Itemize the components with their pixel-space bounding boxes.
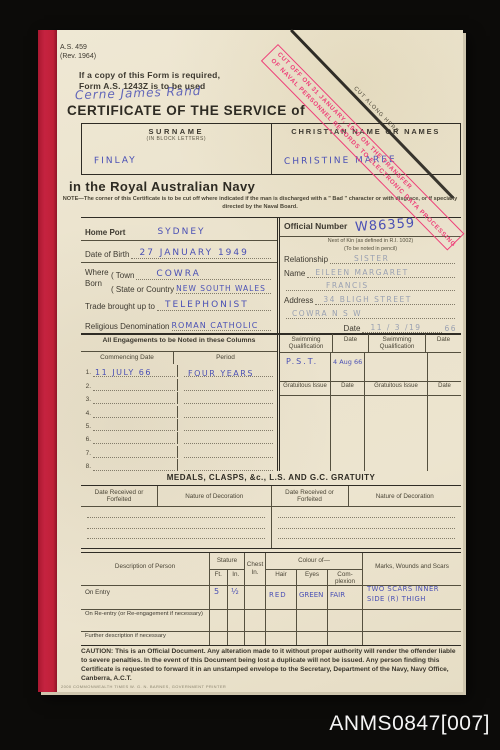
surname-label: SURNAME [82,124,271,136]
religion-value: ROMAN CATHOLIC [172,321,259,330]
dob-label: Date of Birth [85,250,129,259]
swim-date-column: Date [332,334,368,352]
form-number: A.S. 459 (Rev. 1964) [60,44,96,62]
chest-column: Chest In. [245,553,265,577]
nature-of-decoration-column: Nature of Decoration [157,486,271,506]
medals-heading: MEDALS, CLASPS, &c., L.S. AND G.C. GRATU… [81,473,461,482]
complexion-value: FAIR [330,591,345,599]
swim-qual-value: P.S.T. [286,357,318,366]
official-number-label: Official Number [284,221,347,231]
home-port-value: SYDNEY [157,227,205,237]
feet-column: Ft. [210,569,227,645]
inches-column: In. [227,569,245,645]
gratuitous-issue-column: Gratuitous Issue [280,383,330,389]
description-of-person-table: Description of Person On Entry On Re-ent… [81,552,461,646]
further-description-label: Further description if necessary [85,633,166,639]
engagements-table: All Engagements to be Noted in these Col… [81,333,461,471]
on-reentry-label: On Re-entry (or Re-engagement if necessa… [85,611,205,619]
commencing-date-column: Commencing Date [81,352,173,364]
stature-feet-value: 5 [214,587,220,596]
printer-imprint: 2000 COMMONWEALTH TIMES W. G. N. BARNES,… [61,684,226,689]
nok-name-value2: FRANCIS [326,281,369,290]
state-label: ( State or Country [111,285,174,294]
eyes-column: Eyes [296,569,327,645]
swim-date-value: 4 Aug 66 [333,358,362,366]
engagement-row: 7. [81,444,277,457]
relationship-label: Relationship [284,255,328,264]
catalog-number: ANMS0847[007] [329,712,490,736]
next-of-kin-heading: Next of Kin (as defined in R.I. 1002) [280,238,461,246]
home-port-label: Home Port [85,228,125,237]
relationship-value: SISTER [354,254,389,263]
dob-value: 27 JANUARY 1949 [139,248,248,258]
nature-of-decoration-column-2: Nature of Decoration [348,486,462,506]
marks-value-line2: SIDE (R) THIGH [367,595,426,603]
hair-column: Hair [266,569,296,645]
nok-name-label: Name [284,269,305,278]
surname-value: FINLAY [94,156,137,167]
nok-date-suffix: 66 [444,324,457,333]
engagement-row: 1. 11 JULY 66 FOUR YEARS [81,364,277,377]
engagement-row: 6. [81,431,277,444]
nok-date-label: Date [344,324,361,333]
medals-table: Date Received or Forfeited Nature of Dec… [81,485,461,549]
date-received-column: Date Received or Forfeited [81,486,157,506]
religion-label: Religious Denomination [85,322,170,331]
certificate-title: CERTIFICATE OF THE SERVICE of [67,103,305,118]
binding-red-stripe [38,30,57,692]
engagement-row: 4. [81,404,277,417]
caution-text: CAUTION: This is an Official Document. A… [81,648,461,684]
official-number-value: W86359 [355,216,416,235]
nok-name-value: EILEEN MARGARET [315,268,408,277]
trade-label: Trade brought up to [85,302,155,311]
eyes-value: GREEN [299,591,323,599]
engagement-commencing: 11 JULY 66 [95,368,152,377]
navy-subtitle: in the Royal Australian Navy [69,179,255,194]
engagements-heading: All Engagements to be Noted in these Col… [81,334,277,352]
period-column: Period [173,352,277,364]
state-value: NEW SOUTH WALES [176,284,266,293]
personal-details-box: Home Port SYDNEY Date of Birth 27 JANUAR… [81,217,461,335]
marks-column: Marks, Wounds and Scars [363,553,461,570]
stature-column: Stature [210,553,244,564]
scanned-document-page: A.S. 459 (Rev. 1964) If a copy of this F… [0,0,500,750]
complexion-column: Com-plexion [327,569,362,645]
stature-inches-value: ½ [231,587,240,596]
engagement-row: 3. [81,391,277,404]
marks-value-line1: TWO SCARS INNER [367,585,439,593]
address-value2: COWRA N S W [292,309,362,318]
engagement-row: 5. [81,418,277,431]
swimming-qualification-column: Swimming Qualification [280,334,332,352]
on-entry-label: On Entry [85,589,110,596]
town-label: ( Town [111,271,134,280]
surname-sublabel: (IN BLOCK LETTERS) [82,136,271,142]
town-value: COWRA [156,269,200,279]
swimming-qualification-column-2: Swimming Qualification [368,334,425,352]
swim-date-column-2: Date [425,334,461,352]
gratuitous-date-column-2: Date [428,383,461,389]
hair-value: RED [269,591,287,599]
engagement-row: 8. [81,458,277,471]
colour-of-column: Colour of— [266,553,362,564]
handwritten-signature: Cerne James Rand [75,84,202,102]
address-label: Address [284,296,313,305]
trade-value: TELEPHONIST [165,300,249,310]
gratuitous-issue-column-2: Gratuitous Issue [365,383,427,389]
gratuitous-date-column: Date [331,383,364,389]
address-value: 34 BLIGH STREET [323,295,411,304]
description-column: Description of Person [81,553,209,570]
engagement-row: 2. [81,377,277,390]
nok-date-value: 11 / 3 /19 [370,323,421,332]
where-born-label: Where [85,268,111,278]
date-received-column-2: Date Received or Forfeited [272,486,348,506]
